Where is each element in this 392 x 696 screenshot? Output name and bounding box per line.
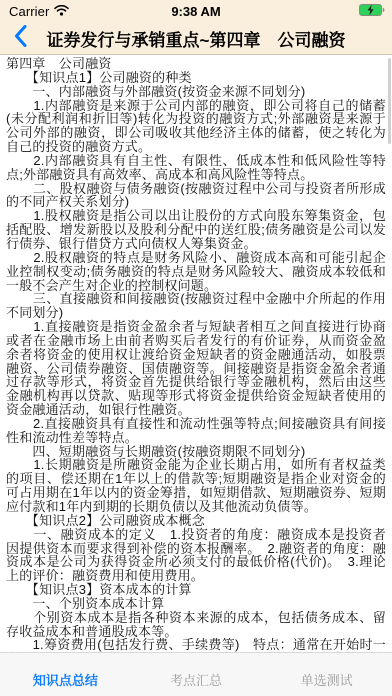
app-window: Carrier 9:38 AM [0, 0, 392, 696]
content-area[interactable]: 第四章 公司融资 【知识点1】公司融资的种类 一、内部融资与外部融资(按资金来源… [0, 55, 392, 652]
paragraph: 一、融资成本的定义 1.投资者的角度：融资成本是投资者因提供资本而要求得到补偿的… [6, 528, 386, 583]
paragraph: 2.直接融资具有直接性和流动性强等特点;间接融资具有间接性和流动性差等特点。 [6, 417, 386, 445]
battery-charging-icon [359, 4, 385, 19]
paragraph: 1.长期融资是所融资金能为企业长期占用，如所有者权益类的项目、偿还期在1年以上的… [6, 458, 386, 513]
chevron-left-icon [14, 25, 27, 52]
tab-single-choice-test[interactable]: 单选测试 [261, 653, 392, 696]
tab-exam-points[interactable]: 考点汇总 [131, 653, 262, 696]
status-left: Carrier [9, 4, 119, 19]
tab-label: 知识点总结 [33, 670, 98, 689]
paragraph: 【知识点3】资本成本的计算 [6, 583, 386, 597]
paragraph: 第四章 公司融资 [6, 57, 386, 71]
carrier-label: Carrier [9, 4, 49, 19]
wifi-icon [54, 4, 69, 19]
paragraph: 1.股权融资是指公司以出让股份的方式向股东筹集资金，包括配股、增发新股以及股利分… [6, 209, 386, 251]
paragraph: 1.内部融资是来源于公司内部的融资，即公司将自己的储蓄(未分配利润和折旧等)转化… [6, 99, 386, 154]
paragraph: 【知识点2】公司融资成本概念 [6, 514, 386, 528]
tab-knowledge-summary[interactable]: 知识点总结 [0, 653, 131, 696]
paragraph: 个别资本成本是指各种资本来源的成本，包括债务成本、留存收益成本和普通股成本等。 [6, 611, 386, 639]
paragraph: 【知识点1】公司融资的种类 [6, 71, 386, 85]
status-right [275, 4, 385, 19]
scrollbar[interactable] [388, 58, 391, 144]
paragraph: 四、短期融资与长期融资(按融资期限不同划分) [6, 445, 386, 459]
paragraph: 一、内部融资与外部融资(按资金来源不同划分) [6, 85, 386, 99]
paragraph: 1.直接融资是指资金盈余者与短缺者相互之间直接进行协商或者在金融市场上由前者购买… [6, 320, 386, 417]
page-title: 证券发行与承销重点~第四章 公司融资 [0, 26, 392, 51]
paragraph: 三、直接融资和间接融资(按融资过程中金融中介所起的作用不同划分) [6, 292, 386, 320]
paragraph: 一、个别资本成本计算 [6, 597, 386, 611]
paragraph: 2.内部融资具有自主性、有限性、低成本性和低风险性等特点;外部融资具有高效率、高… [6, 154, 386, 182]
status-bar: Carrier 9:38 AM [0, 0, 392, 22]
content-text: 第四章 公司融资 【知识点1】公司融资的种类 一、内部融资与外部融资(按资金来源… [6, 57, 386, 652]
nav-bar: 证券发行与承销重点~第四章 公司融资 [0, 22, 392, 55]
tab-label: 单选测试 [301, 670, 353, 689]
paragraph: 1.筹资费用(包括发行费、手续费等) 特点：通常在开始时一次支付，在使用过程中不… [6, 638, 386, 652]
paragraph: 二、股权融资与债务融资(按融资过程中公司与投资者所形成的不同产权关系划分) [6, 182, 386, 210]
tab-label: 考点汇总 [170, 670, 222, 689]
paragraph: 2.股权融资的特点是财务风险小、融资成本高和可能引起企业控制权变动;债务融资的特… [6, 251, 386, 293]
tab-bar: 知识点总结 考点汇总 单选测试 [0, 652, 392, 696]
back-button[interactable] [8, 22, 33, 54]
